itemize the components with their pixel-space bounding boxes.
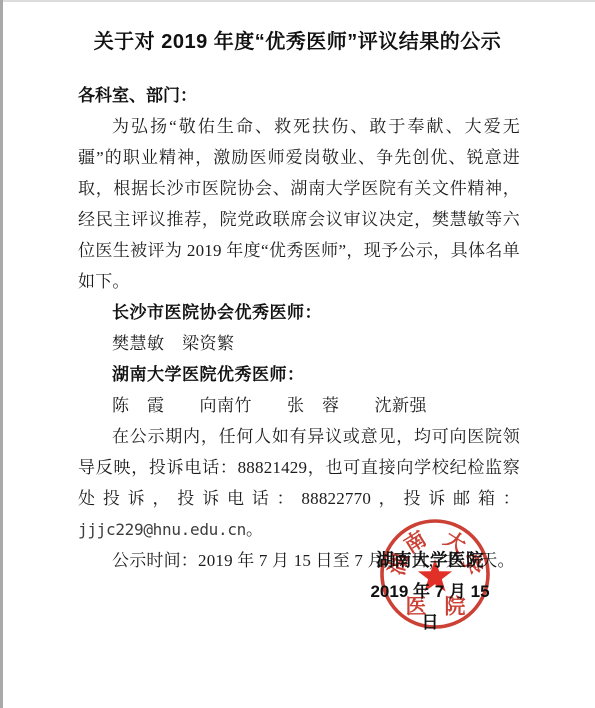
signature-block: 湖南大学医院 2019 年 7 月 15 日 [366, 545, 494, 638]
scan-edge-top [0, 0, 595, 2]
document-page: 关于对 2019 年度“优秀医师”评议结果的公示 各科室、部门： 为弘扬“敬佑生… [0, 0, 595, 708]
complaint-text-end: 。 [246, 520, 263, 539]
section-heading-changsha-association: 长沙市医院协会优秀医师： [78, 297, 520, 328]
signature-org: 湖南大学医院 [366, 545, 494, 576]
complaint-text: 在公示期内，任何人如有异议或意见，均可向医院领导反映，投诉电话：88821429… [78, 427, 520, 508]
document-title: 关于对 2019 年度“优秀医师”评议结果的公示 [0, 30, 595, 54]
names-hnu-hospital: 陈 霞 向南竹 张 蓉 沈新强 [78, 390, 520, 421]
salutation: 各科室、部门： [78, 80, 520, 111]
intro-paragraph: 为弘扬“敬佑生命、救死扶伤、敢于奉献、大爱无疆”的职业精神，激励医师爱岗敬业、争… [78, 111, 520, 297]
names-changsha-association: 樊慧敏 梁资繁 [78, 328, 520, 359]
document-body: 各科室、部门： 为弘扬“敬佑生命、救死扶伤、敢于奉献、大爱无疆”的职业精神，激励… [78, 54, 520, 576]
section-heading-hnu-hospital: 湖南大学医院优秀医师： [78, 359, 520, 390]
signature-date: 2019 年 7 月 15 日 [366, 576, 494, 638]
scan-edge-left [0, 0, 3, 708]
email-address: jjjc229@hnu.edu.cn [78, 520, 246, 539]
